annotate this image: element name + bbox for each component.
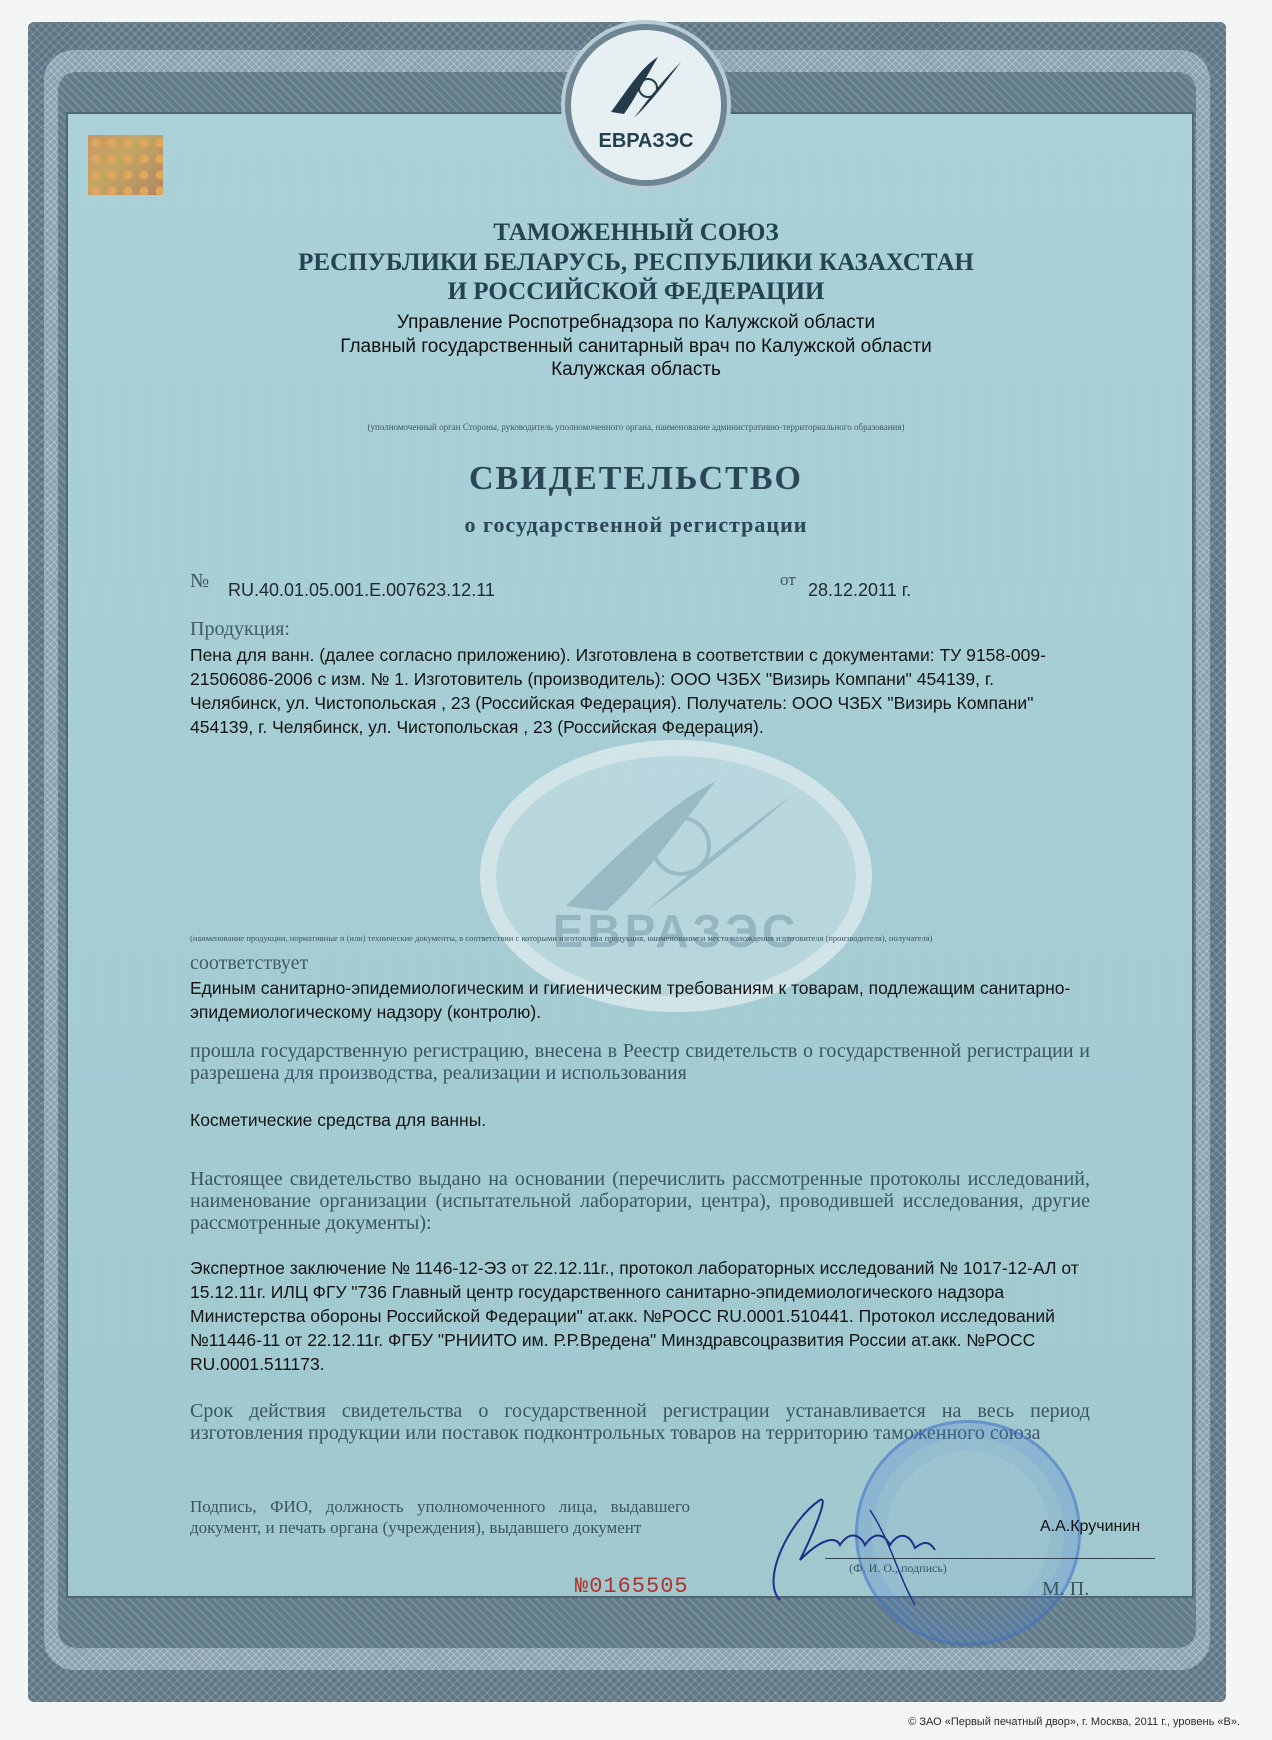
union-title-line-2: РЕСПУБЛИКИ БЕЛАРУСЬ, РЕСПУБЛИКИ КАЗАХСТА… [0, 248, 1272, 278]
authority-line-2: Главный государственный санитарный врач … [0, 335, 1272, 358]
usage-text: Косметические средства для ванны. [190, 1108, 486, 1132]
watermark-emblem: ЕВРАЗЭС [480, 740, 872, 1012]
certificate-title: СВИДЕТЕЛЬСТВО [0, 460, 1272, 498]
conformity-label: соответствует [190, 952, 308, 975]
signature-caption: (Ф. И. О., подпись) [823, 1561, 973, 1576]
product-label: Продукция: [190, 618, 290, 641]
product-description: Пена для ванн. (далее согласно приложени… [190, 643, 1070, 739]
union-title-line-1: ТАМОЖЕННЫЙ СОЮЗ [0, 218, 1272, 248]
certificate-date: 28.12.2011 г. [808, 580, 911, 601]
watermark-text: ЕВРАЗЭС [496, 904, 856, 958]
signatory-name: А.А.Кручинин [1040, 1518, 1140, 1536]
basis-label: Настоящее свидетельство выдано на основа… [190, 1168, 1090, 1234]
conformity-text: Единым санитарно-эпидемиологическим и ги… [190, 976, 1090, 1024]
authority-line-1: Управление Роспотребнадзора по Калужской… [0, 311, 1272, 334]
seal-label: М. П. [1042, 1578, 1089, 1601]
signature-line [825, 1558, 1155, 1559]
number-label: № [190, 570, 209, 593]
authority-line-3: Калужская область [0, 358, 1272, 381]
basis-text: Экспертное заключение № 1146-12-ЭЗ от 22… [190, 1256, 1090, 1376]
registration-text: прошла государственную регистрацию, внес… [190, 1040, 1090, 1084]
handwritten-signature [740, 1480, 1000, 1610]
signature-label: Подпись, ФИО, должность уполномоченного … [190, 1496, 690, 1538]
hologram-sticker [88, 135, 163, 195]
union-title-line-3: И РОССИЙСКОЙ ФЕДЕРАЦИИ [0, 277, 1272, 307]
form-serial-number: №0165505 [575, 1574, 689, 1599]
certificate-number: RU.40.01.05.001.Е.007623.12.11 [228, 580, 495, 601]
eurasec-logo-icon [606, 52, 686, 122]
product-caption: (наименование продукции, нормативные и (… [190, 933, 1160, 943]
certificate-subtitle: о государственной регистрации [0, 512, 1272, 538]
watermark-logo-icon [556, 776, 796, 916]
eurasec-emblem: ЕВРАЗЭС [565, 24, 727, 186]
date-label: от [780, 570, 796, 590]
authority-caption: (уполномоченный орган Стороны, руководит… [0, 422, 1272, 432]
printer-credit: © ЗАО «Первый печатный двор», г. Москва,… [800, 1716, 1240, 1728]
emblem-text: ЕВРАЗЭС [571, 130, 721, 153]
